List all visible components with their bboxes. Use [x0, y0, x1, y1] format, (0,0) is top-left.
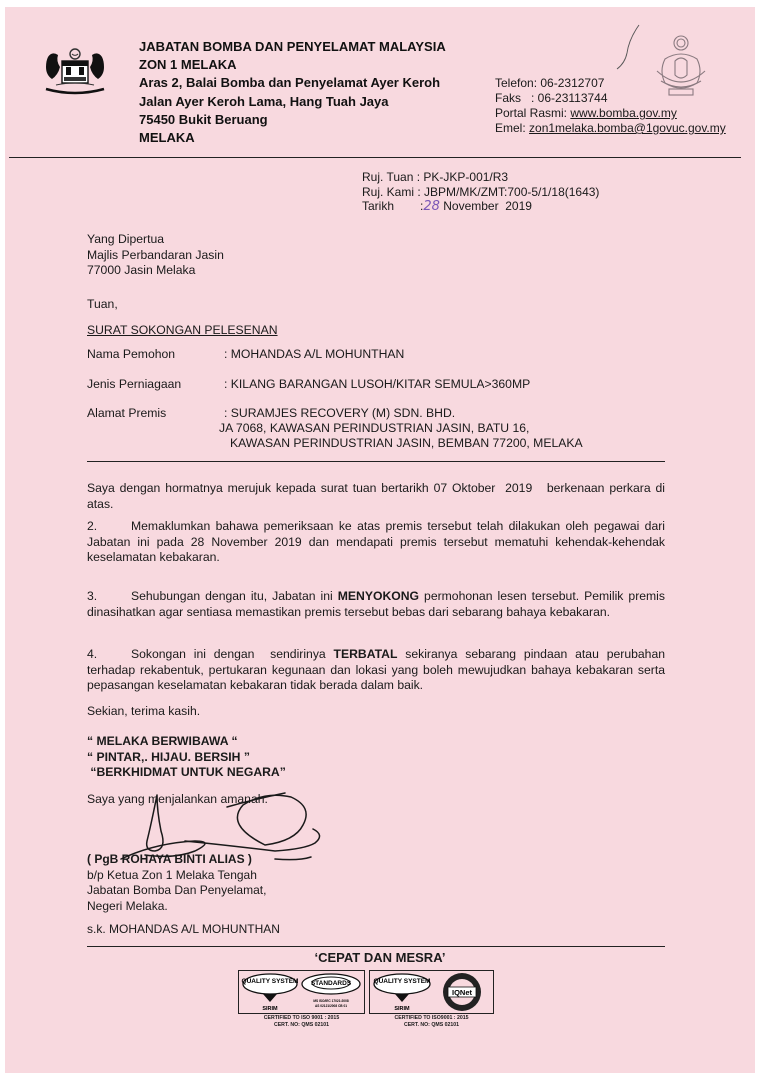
portal-label: Portal Rasmi:: [495, 106, 567, 120]
paragraph-4-text: Sokongan ini dengan sendirinya: [131, 647, 334, 661]
ruj-kami-value: : JBPM/MK/ZMT:700-5/1/18(1643): [417, 185, 599, 199]
signatory-department: Jabatan Bomba Dan Penyelamat,: [87, 883, 266, 899]
paragraph-3: 3.Sehubungan dengan itu, Jabatan ini MEN…: [87, 589, 665, 620]
fax-line: Faks: 06-23113744: [495, 91, 726, 106]
motto-line-2: “ PINTAR,. HIJAU. BERSIH ”: [87, 750, 286, 766]
cert-number: CERT. NO: QMS 02101: [369, 1022, 494, 1029]
void-condition-bold: TERBATAL: [334, 647, 398, 661]
detail-value: : SURAMJES RECOVERY (M) SDN. BHD.: [224, 406, 455, 420]
iqnet-icon: IQNet: [434, 972, 490, 1012]
certification-badge-2: QUALITY SYSTEM SIRIM IQNet: [369, 970, 494, 1014]
recipient-title: Yang Dipertua: [87, 232, 224, 248]
recipient-organisation: Majlis Perbandaran Jasin: [87, 248, 224, 264]
portal-line: Portal Rasmi: www.bomba.gov.my: [495, 106, 726, 121]
details-divider: [87, 461, 665, 462]
svg-text:SIRIM: SIRIM: [394, 1006, 410, 1012]
detail-label: Jenis Perniagaan: [87, 377, 181, 391]
org-name: JABATAN BOMBA DAN PENYELAMAT MALAYSIA: [139, 38, 446, 56]
premises-address-line-3: KAWASAN PERINDUSTRIAN JASIN, BEMBAN 7720…: [230, 436, 583, 450]
org-address-line-4: MELAKA: [139, 129, 446, 147]
svg-text:QUALITY SYSTEM: QUALITY SYSTEM: [242, 978, 299, 985]
email-label: Emel:: [495, 121, 526, 135]
certification-badge-1: QUALITY SYSTEM SIRIM STANDARDS MS ISO/IE…: [238, 970, 365, 1014]
reference-block: Ruj. Tuan : PK-JKP-001/R3 Ruj. Kami : JB…: [362, 170, 599, 215]
sirim-quality-system-icon: QUALITY SYSTEM SIRIM: [241, 972, 299, 1012]
paragraph-number: 3.: [87, 589, 131, 605]
tarikh-line: Tarikh:28 November 2019: [362, 199, 599, 215]
svg-text:MS ISO/IEC 17021:2008: MS ISO/IEC 17021:2008: [313, 999, 348, 1003]
svg-text:QUALITY SYSTEM: QUALITY SYSTEM: [374, 978, 431, 985]
org-address-line-1: Aras 2, Balai Bomba dan Penyelamat Ayer …: [139, 74, 446, 92]
footer-divider: [87, 946, 665, 947]
fax-label: Faks: [495, 91, 521, 105]
standards-malaysia-icon: STANDARDS MS ISO/IEC 17021:2008 AS 02121…: [300, 972, 362, 1012]
letter-page: JABATAN BOMBA DAN PENYELAMAT MALAYSIA ZO…: [5, 7, 755, 1073]
contact-block: Telefon: 06-2312707 Faks: 06-23113744 Po…: [495, 76, 726, 136]
pen-stroke-mark: [613, 23, 643, 71]
premises-address-line-2: JA 7068, KAWASAN PERINDUSTRIAN JASIN, BA…: [219, 421, 529, 435]
email-line: Emel: zon1melaka.bomba@1govuc.gov.my: [495, 121, 726, 136]
phone-label: Telefon:: [495, 76, 537, 90]
paragraph-number: 4.: [87, 647, 131, 663]
organisation-header: JABATAN BOMBA DAN PENYELAMAT MALAYSIA ZO…: [139, 38, 446, 147]
paragraph-4: 4.Sokongan ini dengan sendirinya TERBATA…: [87, 647, 665, 694]
carbon-copy-line: s.k. MOHANDAS A/L MOHUNTHAN: [87, 922, 280, 936]
ruj-kami-line: Ruj. Kami : JBPM/MK/ZMT:700-5/1/18(1643): [362, 185, 599, 200]
detail-value: : MOHANDAS A/L MOHUNTHAN: [224, 347, 404, 361]
certification-caption-1: CERTIFIED TO ISO 9001 : 2015 CERT. NO: Q…: [238, 1015, 365, 1028]
header-divider: [9, 157, 741, 158]
paragraph-number: 2.: [87, 519, 131, 535]
portal-link[interactable]: www.bomba.gov.my: [570, 106, 676, 120]
support-status-bold: MENYOKONG: [338, 589, 419, 603]
salutation: Tuan,: [87, 297, 118, 311]
paragraph-3-text: Sehubungan dengan itu, Jabatan ini: [131, 589, 338, 603]
phone-line: Telefon: 06-2312707: [495, 76, 726, 91]
certification-caption-2: CERTIFIED TO ISO9001 : 2015 CERT. NO: QM…: [369, 1015, 494, 1028]
email-link[interactable]: zon1melaka.bomba@1govuc.gov.my: [529, 121, 726, 135]
recipient-address: Yang Dipertua Majlis Perbandaran Jasin 7…: [87, 232, 224, 279]
subject-heading: SURAT SOKONGAN PELESENAN: [87, 323, 278, 337]
tarikh-day-handwritten: 28: [423, 199, 440, 214]
org-zone: ZON 1 MELAKA: [139, 56, 446, 74]
sirim-quality-system-icon: QUALITY SYSTEM SIRIM: [372, 972, 432, 1012]
paragraph-2: 2.Memaklumkan bahawa pemeriksaan ke atas…: [87, 519, 665, 566]
signatory-state: Negeri Melaka.: [87, 899, 266, 915]
tarikh-label: Tarikh: [362, 199, 420, 214]
closing-line: Sekian, terima kasih.: [87, 704, 200, 718]
ruj-tuan-line: Ruj. Tuan : PK-JKP-001/R3: [362, 170, 599, 185]
fax-number: : 06-23113744: [531, 91, 608, 105]
svg-text:SIRIM: SIRIM: [262, 1006, 278, 1012]
recipient-city: 77000 Jasin Melaka: [87, 263, 224, 279]
ruj-kami-label: Ruj. Kami: [362, 185, 414, 199]
org-address-line-2: Jalan Ayer Keroh Lama, Hang Tuah Jaya: [139, 93, 446, 111]
svg-text:IQNet: IQNet: [452, 988, 473, 997]
motto-line-3: “BERKHIDMAT UNTUK NEGARA”: [87, 765, 286, 781]
detail-label: Alamat Premis: [87, 406, 166, 420]
org-address-line-3: 75450 Bukit Beruang: [139, 111, 446, 129]
motto-block: “ MELAKA BERWIBAWA “ “ PINTAR,. HIJAU. B…: [87, 734, 286, 781]
detail-value: : KILANG BARANGAN LUSOH/KITAR SEMULA>360…: [224, 377, 530, 391]
phone-number: 06-2312707: [540, 76, 604, 90]
malaysia-coat-of-arms-icon: [42, 45, 108, 97]
paragraph-1: Saya dengan hormatnya merujuk kepada sur…: [87, 481, 665, 512]
detail-label: Nama Pemohon: [87, 347, 175, 361]
cert-number: CERT. NO: QMS 02101: [238, 1022, 365, 1029]
ruj-tuan-value: : PK-JKP-001/R3: [417, 170, 508, 184]
paragraph-1-text: Saya dengan hormatnya merujuk kepada sur…: [87, 481, 668, 511]
tarikh-month-year: November 2019: [443, 199, 532, 213]
signatory-position: b/p Ketua Zon 1 Melaka Tengah: [87, 868, 266, 884]
signatory-name: ( PgB ROHAYA BINTI ALIAS ): [87, 852, 266, 868]
signatory-block: ( PgB ROHAYA BINTI ALIAS ) b/p Ketua Zon…: [87, 852, 266, 914]
ruj-tuan-label: Ruj. Tuan: [362, 170, 413, 184]
footer-slogan: ‘CEPAT DAN MESRA’: [5, 950, 755, 965]
motto-line-1: “ MELAKA BERWIBAWA “: [87, 734, 286, 750]
svg-text:AS 02121/2008 CB 01: AS 02121/2008 CB 01: [315, 1004, 347, 1008]
svg-text:STANDARDS: STANDARDS: [311, 980, 352, 987]
paragraph-2-text: Memaklumkan bahawa pemeriksaan ke atas p…: [87, 519, 665, 564]
